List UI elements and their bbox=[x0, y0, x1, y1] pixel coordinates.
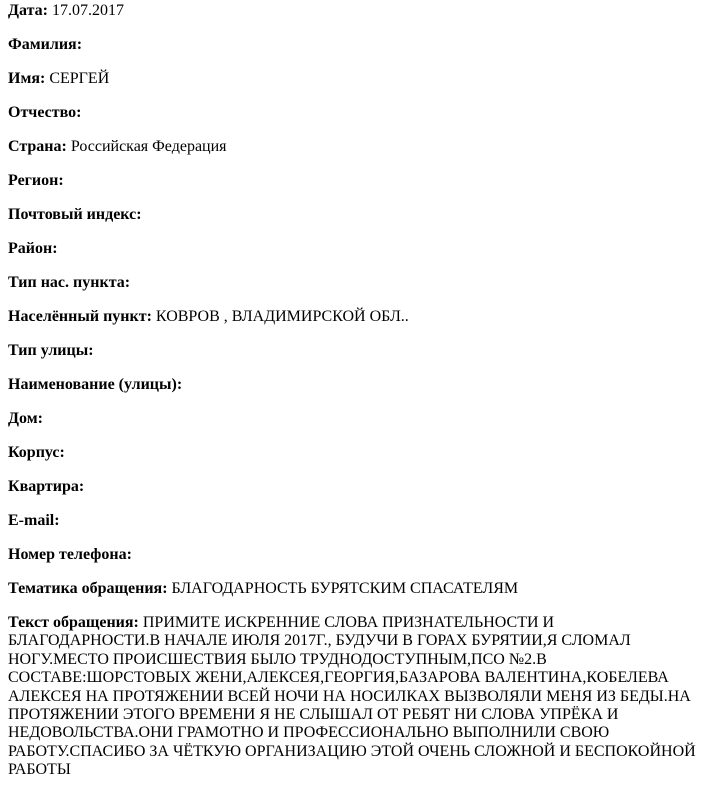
field-country: Страна: Российская Федерация bbox=[8, 138, 711, 156]
field-label: E-mail: bbox=[8, 512, 60, 529]
field-label: Квартира: bbox=[8, 478, 84, 495]
field-email: E-mail: bbox=[8, 512, 711, 530]
appeal-document: Дата: 17.07.2017 Фамилия: Имя: СЕРГЕЙ От… bbox=[0, 0, 711, 780]
field-phone: Номер телефона: bbox=[8, 546, 711, 564]
field-value: БЛАГОДАРНОСТЬ БУРЯТСКИМ СПАСАТЕЛЯМ bbox=[172, 580, 519, 597]
field-settlement-type: Тип нас. пункта: bbox=[8, 274, 711, 292]
field-label: Имя: bbox=[8, 70, 45, 87]
field-date: Дата: 17.07.2017 bbox=[8, 2, 711, 20]
field-label: Тип нас. пункта: bbox=[8, 274, 130, 291]
field-settlement: Населённый пункт: КОВРОВ , ВЛАДИМИРСКОЙ … bbox=[8, 308, 711, 326]
field-label: Населённый пункт: bbox=[8, 308, 152, 325]
field-region: Регион: bbox=[8, 172, 711, 190]
field-label: Почтовый индекс: bbox=[8, 206, 142, 223]
field-label: Тип улицы: bbox=[8, 342, 94, 359]
field-district: Район: bbox=[8, 240, 711, 258]
field-label: Номер телефона: bbox=[8, 546, 132, 563]
field-topic: Тематика обращения: БЛАГОДАРНОСТЬ БУРЯТС… bbox=[8, 580, 711, 598]
field-apartment: Квартира: bbox=[8, 478, 711, 496]
field-label: Тематика обращения: bbox=[8, 580, 168, 597]
field-house: Дом: bbox=[8, 410, 711, 428]
field-appeal-text: Текст обращения: ПРИМИТЕ ИСКРЕННИЕ СЛОВА… bbox=[8, 614, 708, 780]
field-building: Корпус: bbox=[8, 444, 711, 462]
field-label: Дата: bbox=[8, 2, 48, 19]
field-value: Российская Федерация bbox=[71, 138, 227, 155]
field-label: Страна: bbox=[8, 138, 67, 155]
field-label: Наименование (улицы): bbox=[8, 376, 182, 393]
field-label: Дом: bbox=[8, 410, 43, 427]
field-label: Отчество: bbox=[8, 104, 81, 121]
field-postal-code: Почтовый индекс: bbox=[8, 206, 711, 224]
field-label: Корпус: bbox=[8, 444, 65, 461]
field-label: Район: bbox=[8, 240, 58, 257]
field-surname: Фамилия: bbox=[8, 36, 711, 54]
field-label: Фамилия: bbox=[8, 36, 82, 53]
field-street-type: Тип улицы: bbox=[8, 342, 711, 360]
field-value: 17.07.2017 bbox=[52, 2, 124, 19]
field-value: КОВРОВ , ВЛАДИМИРСКОЙ ОБЛ.. bbox=[156, 308, 409, 325]
field-first-name: Имя: СЕРГЕЙ bbox=[8, 70, 711, 88]
field-label: Текст обращения: bbox=[8, 614, 139, 631]
field-patronymic: Отчество: bbox=[8, 104, 711, 122]
field-value: ПРИМИТЕ ИСКРЕННИЕ СЛОВА ПРИЗНАТЕЛЬНОСТИ … bbox=[8, 614, 696, 778]
field-street-name: Наименование (улицы): bbox=[8, 376, 711, 394]
field-label: Регион: bbox=[8, 172, 64, 189]
field-value: СЕРГЕЙ bbox=[49, 70, 109, 87]
